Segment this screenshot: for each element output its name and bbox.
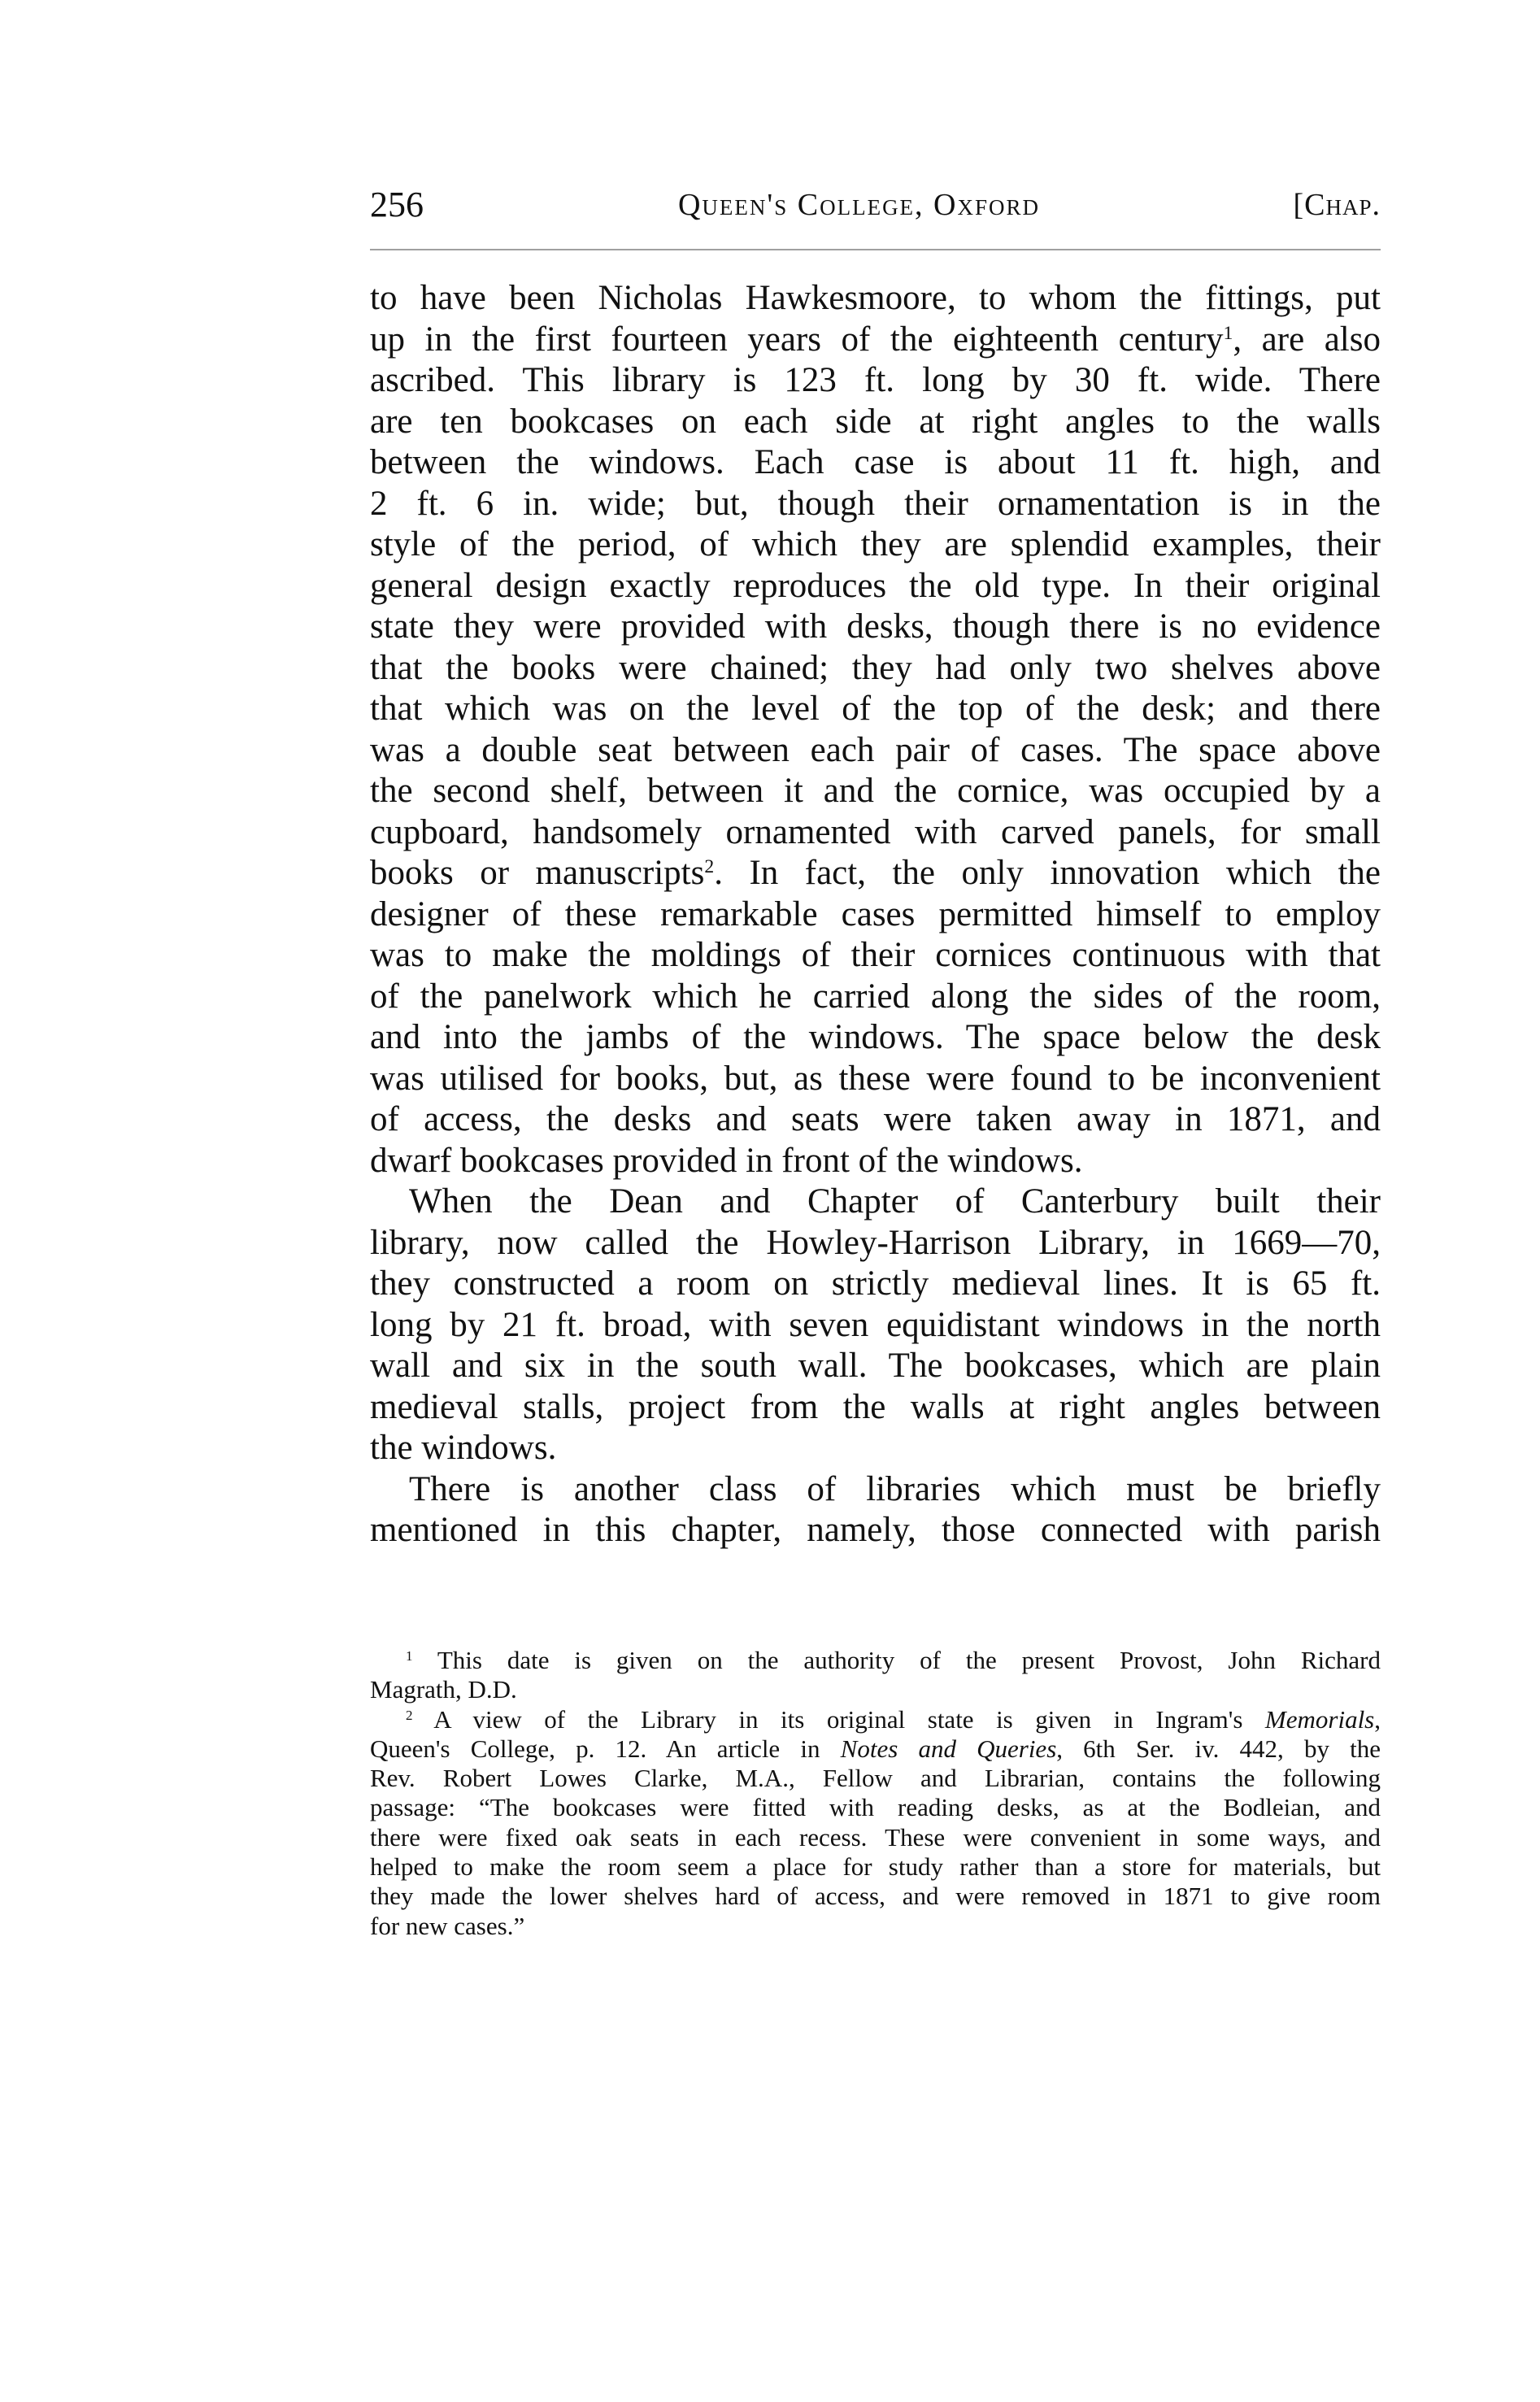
- footnote-line: for new cases.”: [370, 1912, 1381, 1941]
- body-line: cupboard, handsomely ornamented with car…: [370, 812, 1381, 854]
- footnote-ref-2[interactable]: 2: [704, 856, 714, 877]
- footnote-marker: 2: [406, 1707, 413, 1722]
- header-rule: [370, 249, 1381, 250]
- footnotes: 1 This date is given on the authority of…: [370, 1646, 1381, 1941]
- running-head: 256 Queen's College, Oxford [Chap.: [370, 184, 1381, 233]
- footnote-ref-1[interactable]: 1: [1224, 322, 1233, 343]
- body-line: was to make the moldings of their cornic…: [370, 935, 1381, 977]
- footnote-2: 2 A view of the Library in its original …: [370, 1705, 1381, 1734]
- body-text: to have been Nicholas Hawkesmoore, to wh…: [370, 278, 1381, 1551]
- body-line: long by 21 ft. broad, with seven equidis…: [370, 1305, 1381, 1347]
- body-line: general design exactly reproduces the ol…: [370, 566, 1381, 607]
- footnote-line: Queen's College, p. 12. An article in No…: [370, 1734, 1381, 1764]
- text-run: , 6th Ser. iv. 442, by the: [1056, 1734, 1381, 1763]
- text-run: up in the first fourteen years of the ei…: [370, 320, 1224, 359]
- body-line: of the panelwork which he carried along …: [370, 977, 1381, 1018]
- body-line: wall and six in the south wall. The book…: [370, 1346, 1381, 1387]
- text-run: This date is given on the authority of t…: [413, 1646, 1381, 1674]
- text-run: books or manuscripts: [370, 854, 704, 892]
- text-run: , are also: [1233, 320, 1381, 359]
- body-line: designer of these remarkable cases permi…: [370, 894, 1381, 936]
- italic-title: Notes and Queries: [841, 1734, 1057, 1763]
- body-line: they constructed a room on strictly medi…: [370, 1264, 1381, 1305]
- body-line: to have been Nicholas Hawkesmoore, to wh…: [370, 278, 1381, 320]
- body-line: was utilised for books, but, as these we…: [370, 1059, 1381, 1100]
- body-line: 2 ft. 6 in. wide; but, though their orna…: [370, 484, 1381, 525]
- paragraph-start: When the Dean and Chapter of Canterbury …: [370, 1181, 1381, 1223]
- text-run: Queen's College, p. 12. An article in: [370, 1734, 841, 1763]
- body-line: and into the jambs of the windows. The s…: [370, 1017, 1381, 1059]
- paragraph-start: There is another class of libraries whic…: [370, 1469, 1381, 1511]
- body-line: state they were provided with desks, tho…: [370, 607, 1381, 648]
- body-line: was a double seat between each pair of c…: [370, 730, 1381, 772]
- text-run: ,: [1374, 1705, 1381, 1734]
- body-line: are ten bookcases on each side at right …: [370, 402, 1381, 443]
- body-line: that the books were chained; they had on…: [370, 648, 1381, 690]
- footnote-line: Rev. Robert Lowes Clarke, M.A., Fellow a…: [370, 1764, 1381, 1793]
- italic-title: Memorials: [1265, 1705, 1374, 1734]
- footnote-line: helped to make the room seem a place for…: [370, 1852, 1381, 1882]
- body-line: mentioned in this chapter, namely, those…: [370, 1510, 1381, 1551]
- footnote-line: they made the lower shelves hard of acce…: [370, 1882, 1381, 1911]
- body-line: the windows.: [370, 1428, 1381, 1469]
- footnote-marker: 1: [406, 1648, 413, 1664]
- text-run: . In fact, the only innovation which the: [714, 854, 1381, 892]
- body-line: that which was on the level of the top o…: [370, 689, 1381, 730]
- footnote-line: Magrath, D.D.: [370, 1675, 1381, 1704]
- body-line: medieval stalls, project from the walls …: [370, 1387, 1381, 1429]
- footnote-line: passage: “The bookcases were fitted with…: [370, 1793, 1381, 1822]
- body-line: of access, the desks and seats were take…: [370, 1099, 1381, 1141]
- body-line: between the windows. Each case is about …: [370, 442, 1381, 484]
- footnote-line: there were fixed oak seats in each reces…: [370, 1823, 1381, 1852]
- text-run: A view of the Library in its original st…: [413, 1705, 1265, 1734]
- body-line: library, now called the Howley-Harrison …: [370, 1223, 1381, 1264]
- running-title: Queen's College, Oxford: [337, 187, 1381, 223]
- body-line: style of the period, of which they are s…: [370, 524, 1381, 566]
- body-line: up in the first fourteen years of the ei…: [370, 320, 1381, 361]
- body-line: the second shelf, between it and the cor…: [370, 771, 1381, 812]
- chapter-marker: [Chap.: [1293, 187, 1381, 223]
- body-line: ascribed. This library is 123 ft. long b…: [370, 360, 1381, 402]
- body-line: books or manuscripts2. In fact, the only…: [370, 853, 1381, 894]
- footnote-1: 1 This date is given on the authority of…: [370, 1646, 1381, 1675]
- body-line: dwarf bookcases provided in front of the…: [370, 1141, 1381, 1182]
